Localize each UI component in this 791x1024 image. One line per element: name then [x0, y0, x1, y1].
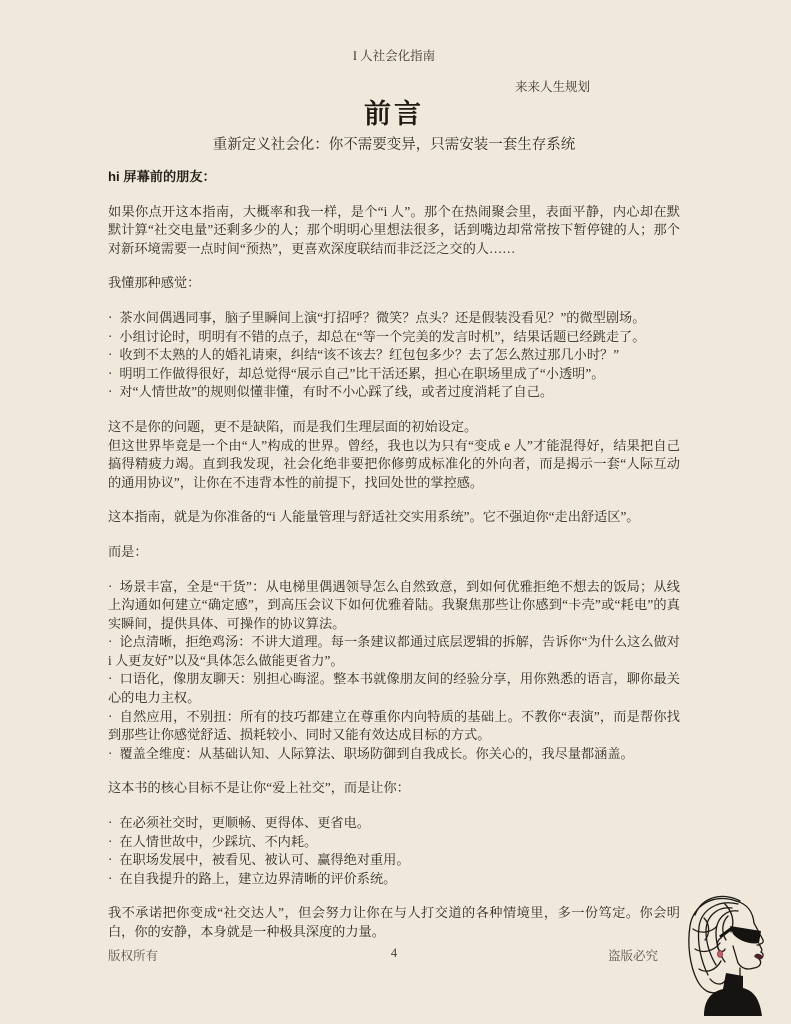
bullet-marker: ·	[108, 851, 112, 870]
list-item: ·覆盖全维度：从基础认知、人际算法、职场防御到自我成长。你关心的，我尽量都涵盖。	[108, 745, 680, 764]
feelings-list: ·茶水间偶遇同事，脑子里瞬间上演“打招呼？微笑？点头？还是假装没看见？”的微型剧…	[108, 309, 680, 402]
bullet-marker: ·	[108, 745, 112, 764]
bullet-marker: ·	[108, 578, 112, 597]
list-item-text: 对“人情世故”的规则似懂非懂，有时不小心踩了线，或者过度消耗了自己。	[119, 384, 553, 399]
bullet-marker: ·	[108, 346, 112, 365]
list-item-text: 覆盖全维度：从基础认知、人际算法、职场防御到自我成长。你关心的，我尽量都涵盖。	[119, 746, 633, 761]
footer-copyright: 版权所有	[108, 946, 158, 964]
list-item: ·对“人情世故”的规则似懂非懂，有时不小心踩了线，或者过度消耗了自己。	[108, 383, 680, 402]
goal-lead: 这本书的核心目标不是让你“爱上社交”，而是让你：	[108, 779, 680, 798]
bullet-marker: ·	[108, 633, 112, 652]
page-number: 4	[108, 946, 680, 961]
woman-portrait-illustration	[680, 888, 784, 1016]
list-item: ·在职场发展中，被看见、被认可、赢得绝对重用。	[108, 851, 680, 870]
reframe-paragraph: 这不是你的问题，更不是缺陷，而是我们生理层面的初始设定。 但这世界毕竟是一个由“…	[108, 418, 680, 492]
footer-warning: 盗版必究	[608, 946, 658, 964]
bullet-marker: ·	[108, 870, 112, 889]
list-item-text: 口语化，像朋友聊天：别担心晦涩。整本书就像朋友间的经验分享，用你熟悉的语言，聊你…	[108, 671, 680, 705]
list-item: ·小组讨论时，明明有不错的点子，却总在“等一个完美的发言时机”，结果话题已经跳走…	[108, 328, 680, 347]
list-item-text: 自然应用，不别扭：所有的技巧都建立在尊重你内向特质的基础上。不教你“表演”，而是…	[108, 709, 680, 743]
bullet-marker: ·	[108, 670, 112, 689]
list-item-text: 茶水间偶遇同事，脑子里瞬间上演“打招呼？微笑？点头？还是假装没看见？”的微型剧场…	[119, 310, 645, 325]
list-item: ·收到不太熟的人的婚礼请柬，纠结“该不该去？红包包多少？去了怎么熬过那几小时？”	[108, 346, 680, 365]
page-footer: 版权所有 4 盗版必究	[108, 946, 680, 961]
list-item: ·茶水间偶遇同事，脑子里瞬间上演“打招呼？微笑？点头？还是假装没看见？”的微型剧…	[108, 309, 680, 328]
paragraph-line: 但这世界毕竟是一个由“人”构成的世界。曾经，我也以为只有“变成 e 人”才能混得…	[108, 437, 680, 493]
bullet-marker: ·	[108, 833, 112, 852]
greeting-heading: hi 屏幕前的朋友：	[108, 168, 680, 187]
list-item-text: 论点清晰，拒绝鸡汤：不讲大道理。每一条建议都通过底层逻辑的拆解，告诉你“为什么这…	[108, 634, 680, 668]
bullet-marker: ·	[108, 365, 112, 384]
document-page: I 人社会化指南 来来人生规划 前言 重新定义社会化：你不需要变异，只需安装一套…	[0, 0, 791, 1024]
list-item: ·在必须社交时，更顺畅、更得体、更省电。	[108, 814, 680, 833]
list-item-text: 明明工作做得很好，却总觉得“展示自己”比干活还累，担心在职场里成了“小透明”。	[119, 366, 604, 381]
list-item: ·论点清晰，拒绝鸡汤：不讲大道理。每一条建议都通过底层逻辑的拆解，告诉你“为什么…	[108, 633, 680, 670]
list-item: ·在人情世故中，少踩坑、不内耗。	[108, 833, 680, 852]
feelings-lead: 我懂那种感觉：	[108, 274, 680, 293]
list-item-text: 场景丰富，全是“干货”：从电梯里偶遇领导怎么自然致意，到如何优雅拒绝不想去的饭局…	[108, 579, 680, 631]
list-item-text: 在人情世故中，少踩坑、不内耗。	[119, 834, 317, 849]
paragraph-line: 这不是你的问题，更不是缺陷，而是我们生理层面的初始设定。	[108, 418, 680, 437]
bullet-marker: ·	[108, 309, 112, 328]
list-item: ·明明工作做得很好，却总觉得“展示自己”比干活还累，担心在职场里成了“小透明”。	[108, 365, 680, 384]
closing-paragraph: 我不承诺把你变成“社交达人”，但会努力让你在与人打交道的各种情境里，多一份笃定。…	[108, 904, 680, 941]
page-subtitle: 重新定义社会化：你不需要变异，只需安装一套生存系统	[108, 133, 680, 154]
intro-paragraph: 如果你点开这本指南，大概率和我一样，是个“i 人”。那个在热闹聚会里，表面平静，…	[108, 203, 680, 259]
features-list: ·场景丰富，全是“干货”：从电梯里偶遇领导怎么自然致意，到如何优雅拒绝不想去的饭…	[108, 578, 680, 764]
bullet-marker: ·	[108, 328, 112, 347]
list-item-text: 收到不太熟的人的婚礼请柬，纠结“该不该去？红包包多少？去了怎么熬过那几小时？”	[119, 347, 619, 362]
list-item: ·场景丰富，全是“干货”：从电梯里偶遇领导怎么自然致意，到如何优雅拒绝不想去的饭…	[108, 578, 680, 634]
list-item: ·自然应用，不别扭：所有的技巧都建立在尊重你内向特质的基础上。不教你“表演”，而…	[108, 708, 680, 745]
brand-name: 来来人生规划	[108, 77, 680, 95]
list-item-text: 小组讨论时，明明有不错的点子，却总在“等一个完美的发言时机”，结果话题已经跳走了…	[119, 329, 645, 344]
list-item-text: 在自我提升的路上，建立边界清晰的评价系统。	[119, 871, 396, 886]
list-item: ·在自我提升的路上，建立边界清晰的评价系统。	[108, 870, 680, 889]
earring-accent	[717, 951, 722, 958]
bullet-marker: ·	[108, 814, 112, 833]
list-item: ·口语化，像朋友聊天：别担心晦涩。整本书就像朋友间的经验分享，用你熟悉的语言，聊…	[108, 670, 680, 707]
list-item-text: 在必须社交时，更顺畅、更得体、更省电。	[119, 815, 370, 830]
running-header: I 人社会化指南	[108, 46, 680, 64]
goals-list: ·在必须社交时，更顺畅、更得体、更省电。 ·在人情世故中，少踩坑、不内耗。 ·在…	[108, 814, 680, 888]
list-item-text: 在职场发展中，被看见、被认可、赢得绝对重用。	[119, 852, 409, 867]
guide-intro-paragraph: 这本指南，就是为你准备的“i 人能量管理与舒适社交实用系统”。它不强迫你“走出舒…	[108, 508, 680, 527]
page-title: 前言	[108, 99, 680, 129]
bullet-marker: ·	[108, 708, 112, 727]
bullet-marker: ·	[108, 383, 112, 402]
but-lead: 而是：	[108, 543, 680, 562]
